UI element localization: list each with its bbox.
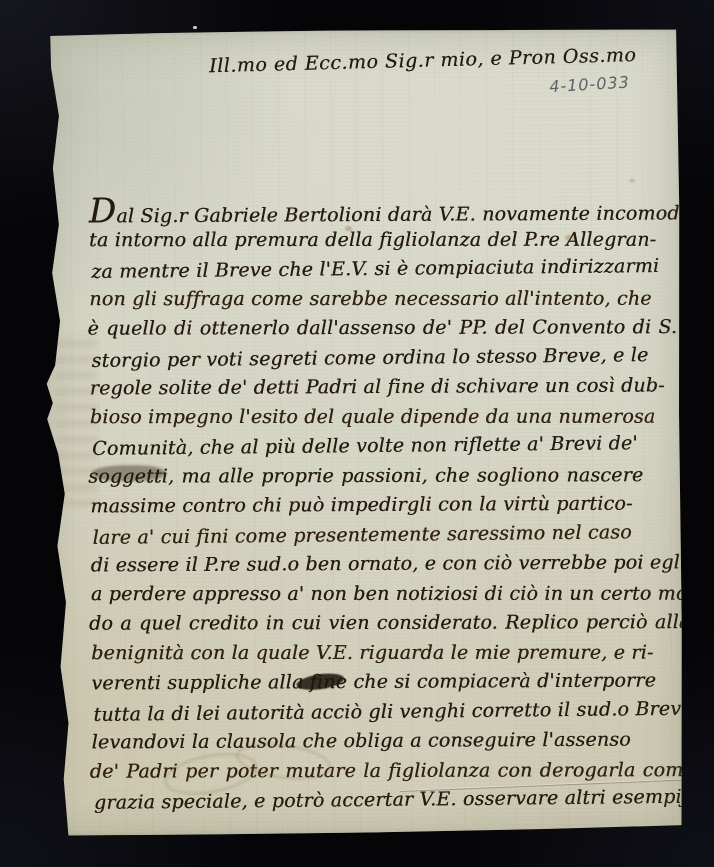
handwriting-line: a perdere appresso a' non ben notiziosi … xyxy=(91,579,673,609)
handwriting-line: bioso impegno l'esito del quale dipende … xyxy=(90,402,672,432)
salutation-line: Ill.mo ed Ecc.mo Sig.r mio, e Pron Oss.m… xyxy=(209,44,637,77)
rust-spot xyxy=(630,179,635,183)
handwriting-line: tutta la di lei autorità acciò gli vengh… xyxy=(93,694,675,730)
handwriting-line: di essere il P.re sud.o ben ornato, e co… xyxy=(91,548,673,581)
handwriting-line: benignità con la quale V.E. riguarda le … xyxy=(91,638,673,668)
letter-page: Ill.mo ed Ecc.mo Sig.r mio, e Pron Oss.m… xyxy=(44,28,684,835)
handwriting-line: regole solite de' detti Padri al fine di… xyxy=(90,371,672,404)
letter-body: Dal Sig.r Gabriele Bertolioni darà V.E. … xyxy=(89,194,674,817)
bleedthrough-flourish xyxy=(160,742,338,801)
ink-smudge xyxy=(92,465,166,481)
handwriting-line: verenti suppliche alla fine che si compi… xyxy=(91,666,673,699)
handwriting-line: ta intorno alla premura della figliolanz… xyxy=(89,225,671,255)
handwriting-line: è quello di ottenerlo dall'assenso de' P… xyxy=(87,313,669,344)
handwriting-line: Dal Sig.r Gabriele Bertolioni darà V.E. … xyxy=(89,194,671,227)
handwriting-line: massime contro chi può impedirgli con la… xyxy=(90,489,672,522)
rust-spot xyxy=(565,235,574,241)
handwriting-line: non gli suffraga come sarebbe necessario… xyxy=(89,284,671,314)
handwriting-line: storgio per voti segreti come ordina lo … xyxy=(91,340,673,376)
paper-speck xyxy=(193,26,197,29)
photo-backdrop: { "letter": { "salutation": "Ill.mo ed E… xyxy=(0,0,714,867)
handwriting-line: za mentre il Breve che l'E.V. si è compi… xyxy=(91,252,673,288)
rust-spot xyxy=(345,226,352,231)
handwriting-line: lare a' cui fini come presentemente sare… xyxy=(92,517,674,553)
catalog-number: 4-10-033 xyxy=(549,73,631,97)
handwriting-line: Comunità, che al più delle volte non rif… xyxy=(92,429,674,465)
handwriting-line: soggetti, ma alle proprie passioni, che … xyxy=(88,461,670,492)
margin-bleed-stain xyxy=(55,331,98,506)
handwriting-line: do a quel credito in cui vien considerat… xyxy=(89,608,671,639)
